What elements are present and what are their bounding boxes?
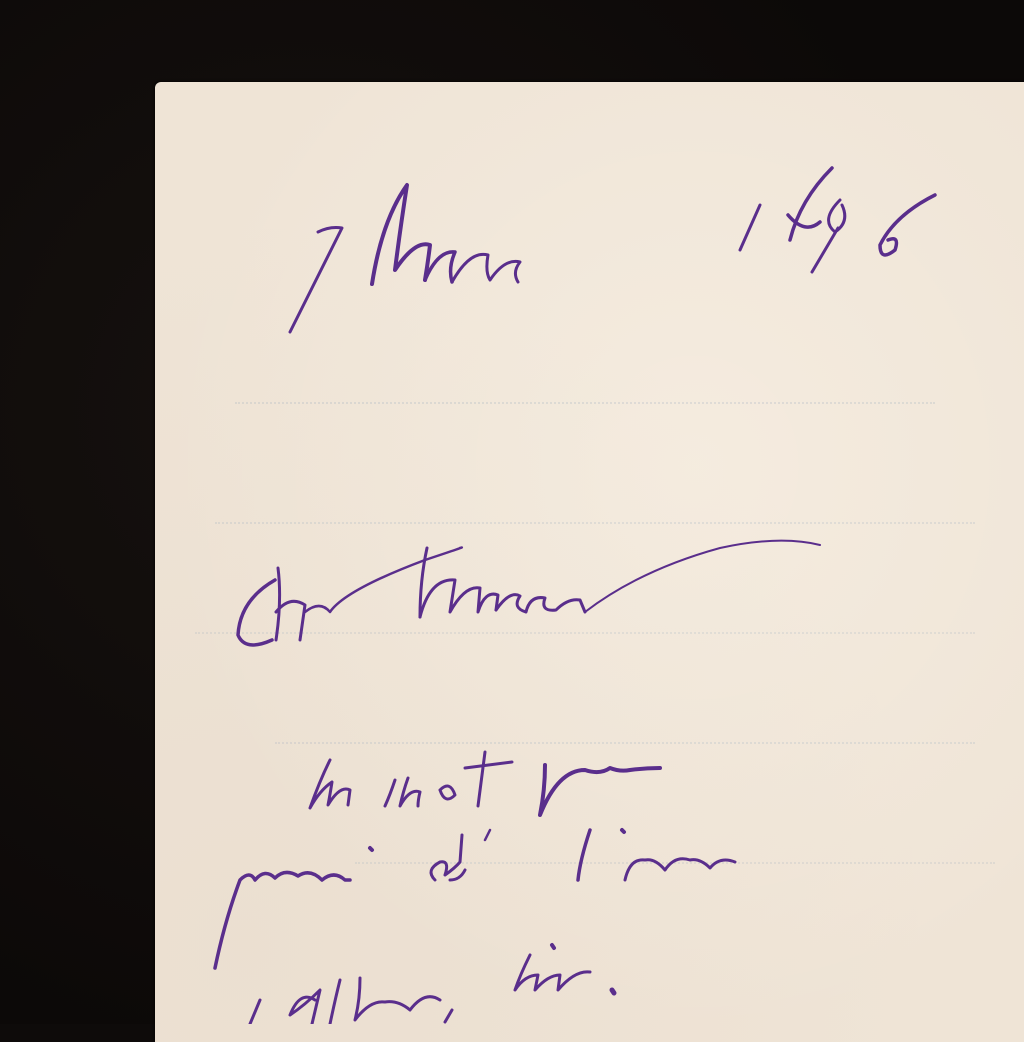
- handwriting-layer: [0, 0, 1024, 1024]
- body-line-2-handwriting: [215, 830, 735, 968]
- body-line-1-handwriting: [310, 752, 660, 840]
- salutation-handwriting: [238, 541, 820, 645]
- date-handwriting: [290, 168, 935, 332]
- body-line-3-handwriting: [250, 945, 614, 1024]
